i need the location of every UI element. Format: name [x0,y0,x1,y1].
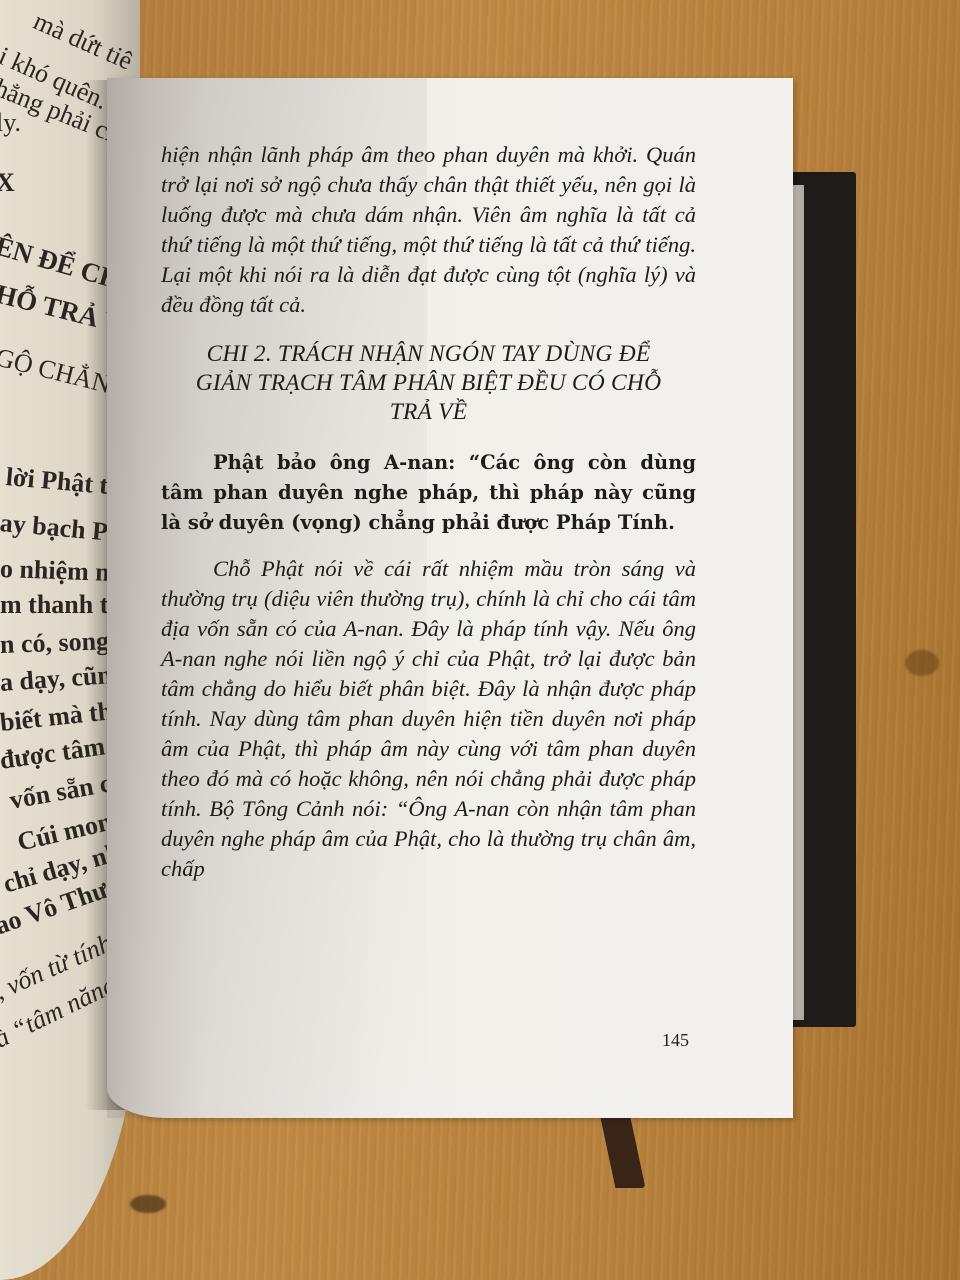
page-body: hiện nhận lãnh pháp âm theo phan duyên m… [161,140,696,884]
heading-line: GIẢN TRẠCH TÂM PHÂN BIỆT ĐỀU CÓ CHỖ [161,369,696,398]
heading-line: TRẢ VỀ [161,398,696,427]
bookmark-ribbon [601,1118,646,1188]
paragraph-continuation: hiện nhận lãnh pháp âm theo phan duyên m… [161,140,696,320]
left-page-line: ly. [0,108,21,138]
table-stain [130,1195,166,1213]
table-stain [905,650,939,676]
sutra-quote: Phật bảo ông A-nan: “Các ông còn dùng tâ… [161,448,696,538]
right-page: hiện nhận lãnh pháp âm theo phan duyên m… [107,78,793,1118]
heading-line: CHI 2. TRÁCH NHẬN NGÓN TAY DÙNG ĐỂ [161,340,696,369]
left-page-line: X [0,168,15,198]
section-heading: CHI 2. TRÁCH NHẬN NGÓN TAY DÙNG ĐỂ GIẢN … [161,340,696,427]
commentary-paragraph: Chỗ Phật nói về cái rất nhiệm mầu tròn s… [161,554,696,884]
page-number: 145 [662,1030,689,1051]
